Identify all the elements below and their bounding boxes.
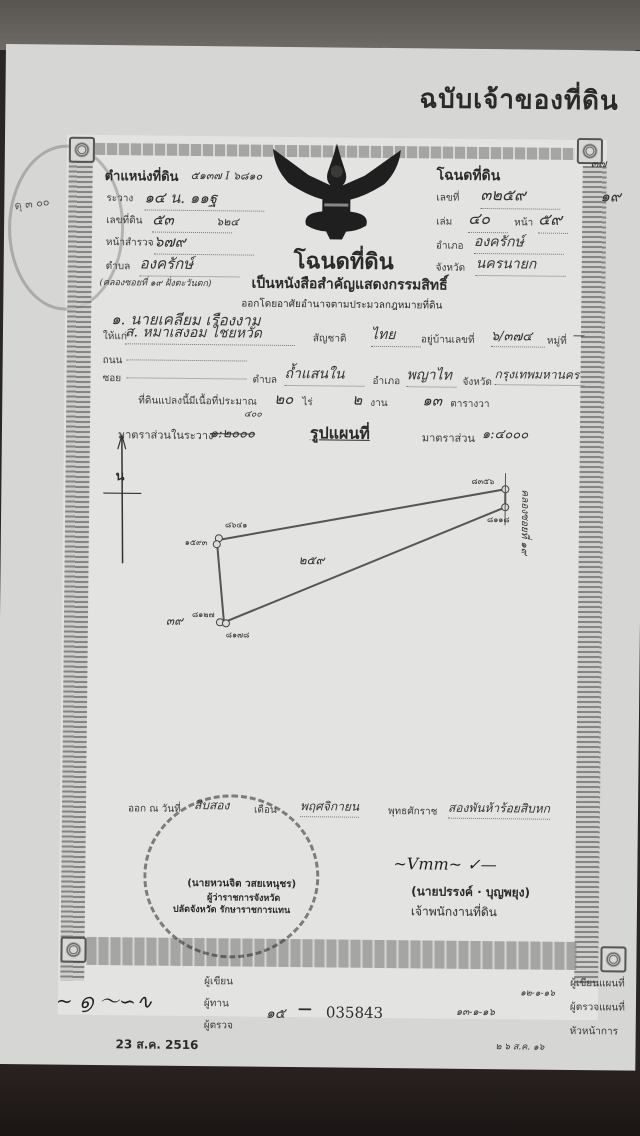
parcel-label: ๒๕๙	[299, 551, 325, 570]
point-label-3: ๘๑๒๗	[192, 608, 215, 621]
point-label-4: ๘๑๗๘	[226, 628, 250, 641]
background-top	[0, 0, 640, 50]
point-label-6: ๘๓๕๖	[471, 475, 494, 488]
officer-signature: ~Vmm~ ✓—	[393, 854, 496, 874]
date-stamp: 23 ส.ค. 2516	[115, 1035, 198, 1055]
role-head: หัวหน้าการ	[570, 1024, 618, 1040]
serial-number: 035843	[326, 1003, 383, 1022]
role-map-checker: ผู้ตรวจแผนที่	[570, 1000, 625, 1016]
officer-name: (นายปรรงค์ · บุญพยุง)	[411, 882, 530, 902]
serial-dash: —	[298, 1001, 312, 1017]
issue-year: สองพันห้าร้อยสิบหก	[448, 799, 550, 820]
point-label-2: ๑๕๙๓	[185, 536, 208, 549]
role-writer: ผู้เขียน	[204, 974, 233, 989]
land-title-deed: ดุ ๓ ๐๐ ฉบับเจ้าของที่ดิน โฉนดที่ดิน เป็…	[0, 44, 640, 1071]
right-date-1: ๑๒-๑-๑๖	[520, 985, 555, 999]
right-date-2: ๒ ๖ ส.ค. ๑๖	[495, 1039, 544, 1054]
right-date-3: ๑๓-๑-๑๖	[456, 1005, 495, 1020]
officer-title: เจ้าพนักงานที่ดิน	[411, 902, 497, 922]
point-label-5: ๘๑๑๘	[487, 513, 510, 526]
point-label-1: ๘๖๔๑	[225, 518, 248, 531]
role-checker: ผู้ตรวจ	[204, 1018, 233, 1033]
role-reviewer: ผู้ทาน	[204, 996, 229, 1011]
north-label: น	[115, 465, 124, 486]
role-map-writer: ผู้เขียนแผนที่	[570, 976, 625, 992]
issue-month: พฤศจิกายน	[300, 797, 359, 818]
issue-year-label: พุทธศักราช	[388, 804, 438, 820]
east-canal-label: คลองซอยที่ ๑๙	[517, 489, 533, 555]
governor-sub-title: ปลัดจังหวัด รักษาราชการแทน	[173, 902, 290, 917]
corner-tag: ๓๙	[166, 612, 183, 631]
serial-prefix: ๑๕	[266, 1003, 286, 1025]
left-signatures: ~ ൭ ～∽∿	[56, 985, 153, 1015]
background-bottom	[0, 1060, 640, 1136]
